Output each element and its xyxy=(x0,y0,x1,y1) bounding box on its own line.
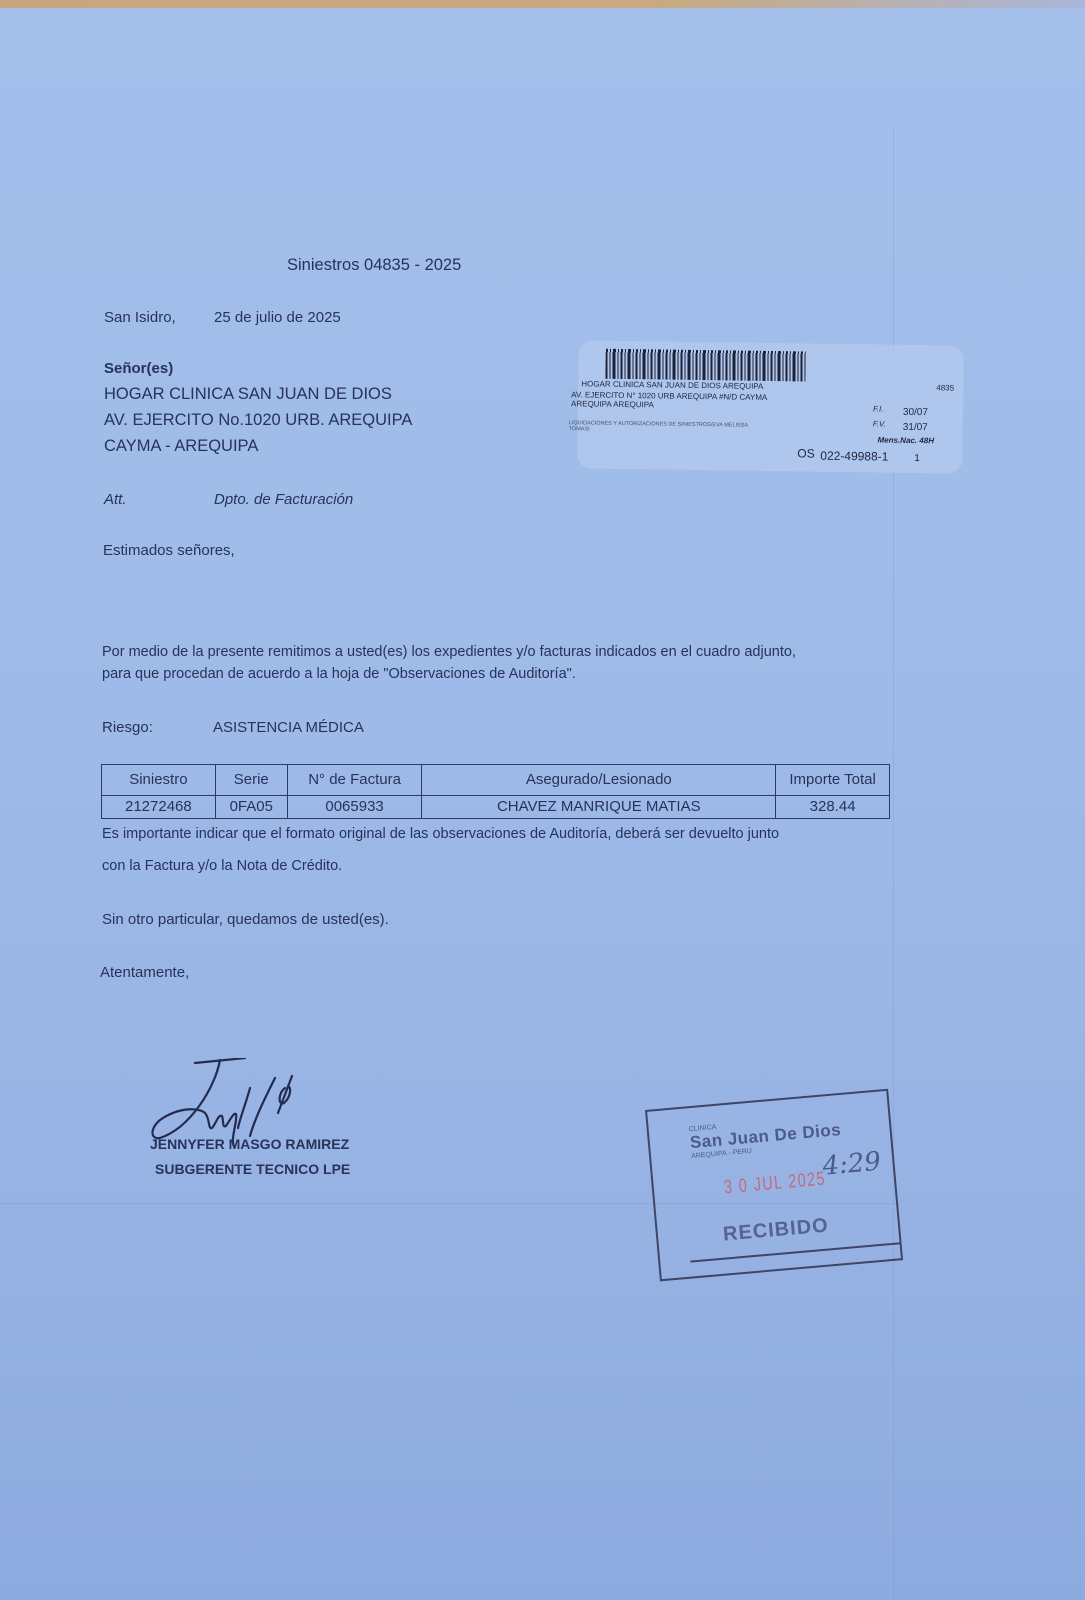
risk-label: Riesgo: xyxy=(102,719,153,736)
place: San Isidro, xyxy=(104,309,176,326)
sticker-os-number: 022-49988-1 xyxy=(820,449,888,464)
closing-line: Sin otro particular, quedamos de usted(e… xyxy=(102,911,389,928)
cell-asegurado: CHAVEZ MANRIQUE MATIAS xyxy=(422,796,776,819)
col-serie: Serie xyxy=(215,765,287,796)
sign-off: Atentamente, xyxy=(100,964,189,981)
sticker-line1: HOGAR CLINICA SAN JUAN DE DIOS AREQUIPA xyxy=(581,379,763,391)
sticker-fv-label: F.V. xyxy=(873,419,886,428)
greeting: Estimados señores, xyxy=(103,542,235,559)
sticker-department-line1: LIQUIDACIONES Y AUTORIZACIONES DE SINIES… xyxy=(569,420,748,429)
letter-date: 25 de julio de 2025 xyxy=(214,309,341,326)
letter-page: Siniestros 04835 - 2025 San Isidro, 25 d… xyxy=(0,8,1085,1600)
received-stamp: CLINICA San Juan De Dios AREQUIPA - PERU… xyxy=(645,1089,903,1282)
col-importe: Importe Total xyxy=(776,765,890,796)
cell-importe: 328.44 xyxy=(776,796,890,819)
sticker-delivery: Mens.Nac. 48H xyxy=(877,435,934,445)
sticker-line3: AREQUIPA AREQUIPA xyxy=(571,399,654,409)
risk-value: ASISTENCIA MÉDICA xyxy=(213,719,364,736)
reference-number: Siniestros 04835 - 2025 xyxy=(287,256,461,275)
recipient-address-line1: AV. EJERCITO No.1020 URB. AREQUIPA xyxy=(104,411,412,430)
stamp-status: RECIBIDO xyxy=(722,1214,829,1246)
table-header-row: Siniestro Serie N° de Factura Asegurado/… xyxy=(102,765,890,796)
signer-title: SUBGERENTE TECNICO LPE xyxy=(155,1161,350,1177)
col-factura: N° de Factura xyxy=(287,765,422,796)
barcode-icon xyxy=(605,349,805,382)
sticker-fi-value: 30/07 xyxy=(903,407,928,418)
sticker-os-label: OS xyxy=(797,446,815,460)
body-paragraph-line2: para que procedan de acuerdo a la hoja d… xyxy=(102,666,576,682)
body-paragraph-line1: Por medio de la presente remitimos a ust… xyxy=(102,644,796,660)
note-line2: con la Factura y/o la Nota de Crédito. xyxy=(102,858,342,874)
cell-siniestro: 21272468 xyxy=(102,796,216,819)
cell-factura: 0065933 xyxy=(287,796,422,819)
sticker-fv-value: 31/07 xyxy=(903,422,928,433)
col-asegurado: Asegurado/Lesionado xyxy=(422,765,776,796)
claims-table: Siniestro Serie N° de Factura Asegurado/… xyxy=(101,764,890,819)
recipient-address-line2: CAYMA - AREQUIPA xyxy=(104,437,258,456)
stamp-handwritten-time: 4:29 xyxy=(821,1147,882,1182)
stamp-clinic: CLINICA San Juan De Dios AREQUIPA - PERU xyxy=(689,1113,843,1160)
attention-value: Dpto. de Facturación xyxy=(214,491,353,508)
sticker-os-count: 1 xyxy=(914,453,920,464)
recipient-name: HOGAR CLINICA SAN JUAN DE DIOS xyxy=(104,385,392,404)
cell-serie: 0FA05 xyxy=(215,796,287,819)
stamp-date: 3 0 JUL 2025 xyxy=(723,1169,827,1200)
courier-label-sticker: HOGAR CLINICA SAN JUAN DE DIOS AREQUIPA … xyxy=(577,340,964,473)
sticker-code: 4835 xyxy=(936,383,954,392)
sticker-department-line2: TOMASI xyxy=(569,426,590,432)
salutation-label: Señor(es) xyxy=(104,360,173,377)
stamp-underline xyxy=(690,1242,899,1262)
col-siniestro: Siniestro xyxy=(102,765,216,796)
attention-label: Att. xyxy=(104,491,127,508)
table-row: 21272468 0FA05 0065933 CHAVEZ MANRIQUE M… xyxy=(102,796,890,819)
signature-icon xyxy=(150,1058,350,1148)
note-line1: Es importante indicar que el formato ori… xyxy=(102,826,779,842)
sticker-fi-label: F.I. xyxy=(873,404,884,413)
signer-name: JENNYFER MASGO RAMIREZ xyxy=(150,1136,349,1152)
